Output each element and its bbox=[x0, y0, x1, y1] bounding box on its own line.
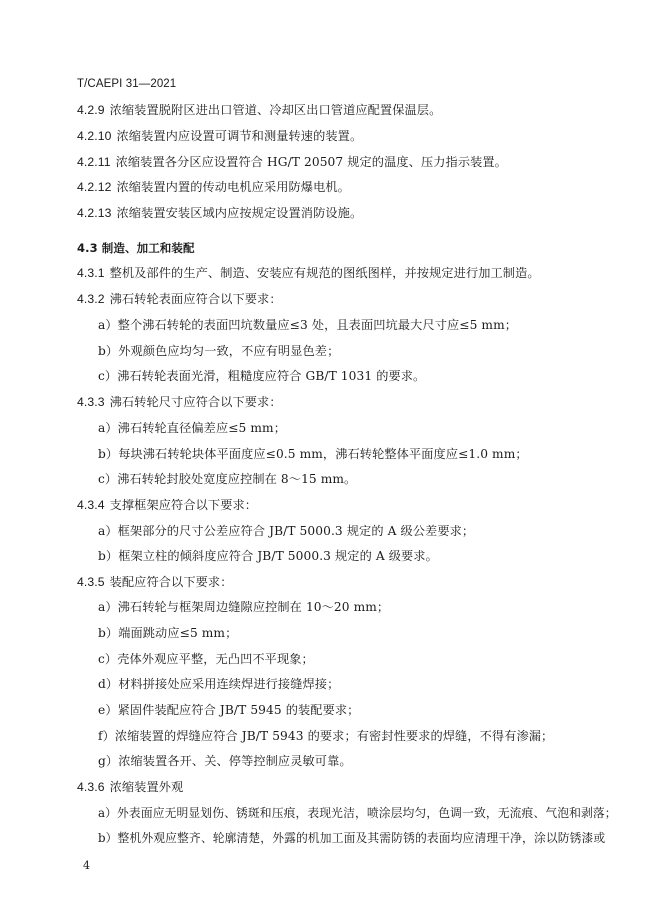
clause-4-2-11: 4.2.11浓缩装置各分区应设置符合 HG/T 20507 规定的温度、压力指示… bbox=[77, 154, 507, 170]
clause-text: 沸石转轮尺寸应符合以下要求： bbox=[110, 395, 282, 409]
list-item: d）材料拼接处应采用连续焊进行接缝焊接； bbox=[98, 676, 339, 692]
list-item: b）整机外观应整齐、轮廓清楚，外露的机加工面及其需防锈的表面均应清理干净，涂以防… bbox=[98, 830, 605, 846]
section-heading-4-3: 4.3 制造、加工和装配 bbox=[77, 240, 195, 256]
clause-4-3-2: 4.3.2沸石转轮表面应符合以下要求： bbox=[77, 291, 282, 307]
list-item: b）每块沸石转轮块体平面度应≤0.5 mm，沸石转轮整体平面度应≤1.0 mm； bbox=[98, 446, 528, 462]
clause-number: 4.2.9 bbox=[77, 103, 105, 117]
clause-4-2-12: 4.2.12浓缩装置内置的传动电机应采用防爆电机。 bbox=[77, 179, 350, 195]
clause-text: 浓缩装置内置的传动电机应采用防爆电机。 bbox=[117, 180, 350, 194]
clause-number: 4.3.6 bbox=[77, 780, 105, 794]
list-item: b）端面跳动应≤5 mm； bbox=[98, 625, 237, 641]
clause-number: 4.3.2 bbox=[77, 292, 105, 306]
list-item: c）沸石转轮封胶处宽度应控制在 8～15 mm。 bbox=[98, 471, 356, 487]
document-code-header: T/CAEPI 31—2021 bbox=[77, 76, 176, 92]
clause-number: 4.3.5 bbox=[77, 575, 105, 589]
clause-text: 支撑框架应符合以下要求： bbox=[110, 498, 257, 512]
clause-number: 4.2.13 bbox=[77, 206, 112, 220]
list-item: b）外观颜色应均匀一致，不应有明显色差； bbox=[98, 343, 339, 359]
clause-text: 浓缩装置各分区应设置符合 HG/T 20507 规定的温度、压力指示装置。 bbox=[116, 155, 507, 169]
page-number: 4 bbox=[83, 858, 90, 874]
clause-text: 整机及部件的生产、制造、安装应有规范的图纸图样，并按规定进行加工制造。 bbox=[110, 266, 540, 280]
clause-4-2-10: 4.2.10浓缩装置内应设置可调节和测量转速的装置。 bbox=[77, 128, 362, 144]
list-item: a）沸石转轮与框架周边缝隙应控制在 10～20 mm； bbox=[98, 599, 389, 615]
clause-4-3-6: 4.3.6浓缩装置外观 bbox=[77, 779, 183, 795]
clause-text: 浓缩装置安装区域内应按规定设置消防设施。 bbox=[117, 206, 363, 220]
clause-number: 4.3.4 bbox=[77, 498, 105, 512]
clause-number: 4.3.3 bbox=[77, 395, 105, 409]
clause-4-2-13: 4.2.13浓缩装置安装区域内应按规定设置消防设施。 bbox=[77, 205, 362, 221]
section-number: 4.3 bbox=[77, 241, 98, 255]
list-item: a）框架部分的尺寸公差应符合 JB/T 5000.3 规定的 A 级公差要求； bbox=[98, 523, 474, 539]
clause-4-3-3: 4.3.3沸石转轮尺寸应符合以下要求： bbox=[77, 394, 282, 410]
list-item: c）沸石转轮表面光滑，粗糙度应符合 GB/T 1031 的要求。 bbox=[98, 368, 425, 384]
list-item: e）紧固件装配应符合 JB/T 5945 的装配要求； bbox=[98, 702, 359, 718]
clause-4-3-5: 4.3.5装配应符合以下要求： bbox=[77, 574, 232, 590]
clause-4-3-1: 4.3.1整机及部件的生产、制造、安装应有规范的图纸图样，并按规定进行加工制造。 bbox=[77, 265, 540, 281]
section-title: 制造、加工和装配 bbox=[102, 241, 195, 255]
clause-text: 沸石转轮表面应符合以下要求： bbox=[110, 292, 282, 306]
clause-text: 浓缩装置内应设置可调节和测量转速的装置。 bbox=[117, 129, 363, 143]
list-item: b）框架立柱的倾斜度应符合 JB/T 5000.3 规定的 A 级要求。 bbox=[98, 548, 438, 564]
clause-text: 浓缩装置外观 bbox=[110, 780, 184, 794]
list-item: a）整个沸石转轮的表面凹坑数量应≤3 处，且表面凹坑最大尺寸应≤5 mm； bbox=[98, 317, 517, 333]
list-item: g）浓缩装置各开、关、停等控制应灵敏可靠。 bbox=[98, 753, 352, 769]
list-item: a）外表面应无明显划伤、锈斑和压痕，表现光洁，喷涂层均匀，色调一致，无流痕、气泡… bbox=[98, 805, 617, 821]
clause-4-2-9: 4.2.9浓缩装置脱附区进出口管道、冷却区出口管道应配置保温层。 bbox=[77, 102, 441, 118]
clause-number: 4.2.10 bbox=[77, 129, 112, 143]
list-item: f）浓缩装置的焊缝应符合 JB/T 5943 的要求；有密封性要求的焊缝，不得有… bbox=[98, 728, 553, 744]
clause-number: 4.2.11 bbox=[77, 155, 111, 169]
clause-4-3-4: 4.3.4支撑框架应符合以下要求： bbox=[77, 497, 257, 513]
clause-number: 4.3.1 bbox=[77, 266, 105, 280]
clause-text: 浓缩装置脱附区进出口管道、冷却区出口管道应配置保温层。 bbox=[110, 103, 442, 117]
clause-text: 装配应符合以下要求： bbox=[110, 575, 233, 589]
list-item: a）沸石转轮直径偏差应≤5 mm； bbox=[98, 420, 286, 436]
list-item: c）壳体外观应平整，无凸凹不平现象； bbox=[98, 651, 314, 667]
clause-number: 4.2.12 bbox=[77, 180, 112, 194]
